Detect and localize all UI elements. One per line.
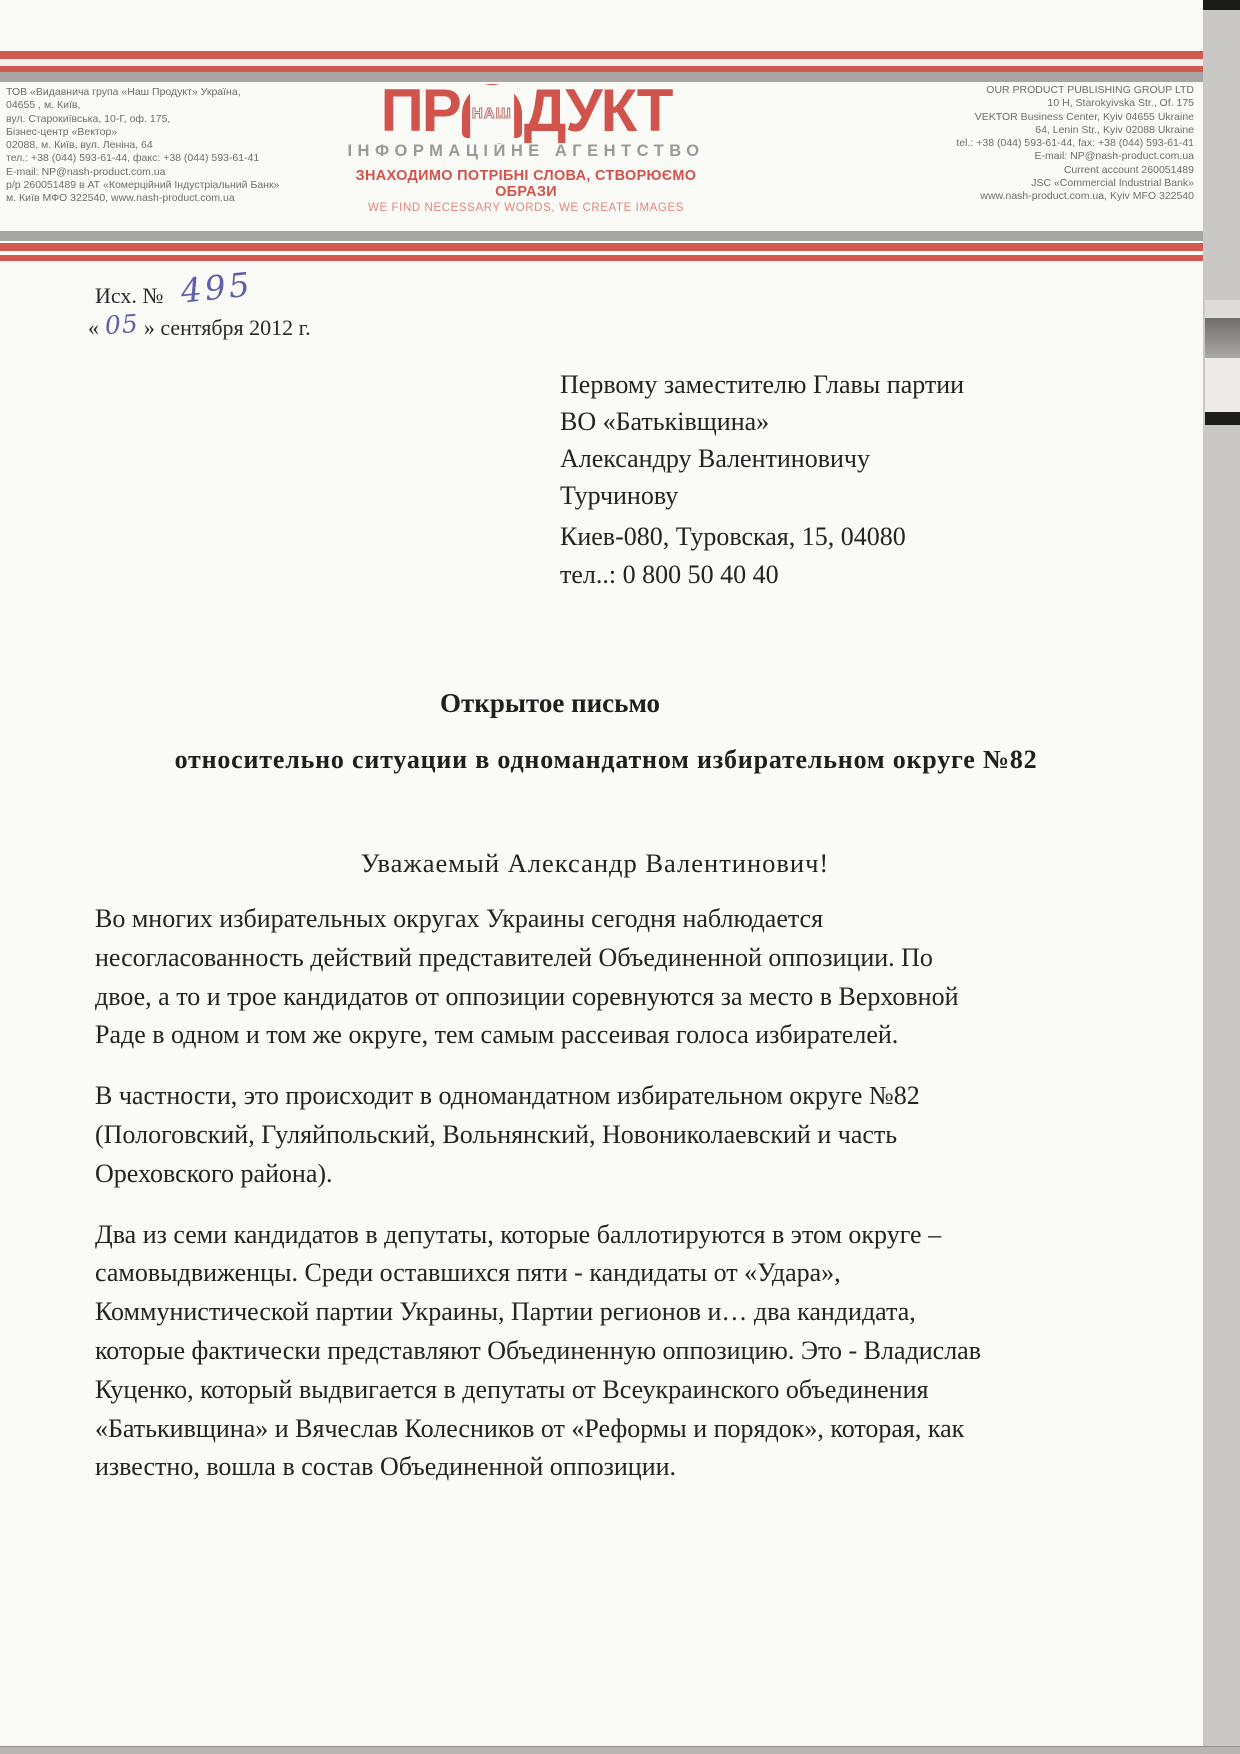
outgoing-number-line: Исх. № 495 xyxy=(95,272,253,311)
letterhead-right-line: 10 H, Starokyivska Str., Of. 175 xyxy=(894,97,1194,110)
paragraph-line: Ореховского района). xyxy=(95,1159,333,1188)
letterhead-left-line: вул. Старокиївська, 10-Г, оф. 175, xyxy=(6,113,306,126)
letterhead-right-column: OUR PRODUCT PUBLISHING GROUP LTD 10 H, S… xyxy=(894,84,1194,204)
scan-artifact-band-light xyxy=(1205,300,1240,318)
scan-artifact-top-notch xyxy=(1203,0,1240,10)
paragraph-line: которые фактически представляют Объедине… xyxy=(95,1336,981,1365)
logo-wordmark-suffix: ДУКТ xyxy=(524,82,672,140)
paragraph-line: несогласованность действий представителе… xyxy=(95,943,933,972)
logo-arch-label: НАШ xyxy=(470,85,514,143)
recipient-block: Первому заместителю Главы партии ВО «Бат… xyxy=(560,366,964,514)
outgoing-number-label: Исх. № xyxy=(95,283,163,308)
letterhead-right-line: E-mail: NP@nash-product.com.ua xyxy=(894,150,1194,163)
letter-salutation: Уважаемый Александр Валентинович! xyxy=(0,848,1190,879)
letterhead-stripe-gap xyxy=(0,59,1203,66)
paragraph-line: Раде в одном и том же округе, тем самым … xyxy=(95,1020,898,1049)
letter-body: Во многих избирательных округах Украины … xyxy=(95,900,1105,1509)
logo-arch-o-icon: НАШ xyxy=(462,84,522,138)
paragraph: В частности, это происходит в одномандат… xyxy=(95,1077,1105,1193)
recipient-line: ВО «Батьківщина» xyxy=(560,403,964,440)
letterhead-left-line: 02088, м. Київ, вул. Леніна, 64 xyxy=(6,139,306,152)
letterhead-right-line: VEKTOR Business Center, Kyiv 04655 Ukrai… xyxy=(894,111,1194,124)
letterhead-right-line: Current account 260051489 xyxy=(894,164,1194,177)
recipient-line: Первому заместителю Главы партии xyxy=(560,366,964,403)
letterhead-left-column: ТОВ «Видавнича група «Наш Продукт» Украї… xyxy=(6,86,306,206)
paragraph: Два из семи кандидатов в депутаты, котор… xyxy=(95,1216,1105,1488)
paragraph-line: двое, а то и трое кандидатов от оппозици… xyxy=(95,982,959,1011)
paragraph-line: Во многих избирательных округах Украины … xyxy=(95,904,823,933)
letterhead-right-line: tel.: +38 (044) 593-61-44, fax: +38 (044… xyxy=(894,137,1194,150)
scan-artifact-band-white xyxy=(1205,358,1240,412)
outgoing-number-handwritten: 495 xyxy=(179,264,255,310)
logo-slogan-english: WE FIND NECESSARY WORDS, WE CREATE IMAGE… xyxy=(328,202,724,214)
date-rest: » сентября 2012 г. xyxy=(144,315,311,340)
letterhead-left-line: м. Київ МФО 322540, www.nash-product.com… xyxy=(6,192,306,205)
paragraph-line: В частности, это происходит в одномандат… xyxy=(95,1081,920,1110)
logo-wordmark-prefix: ПР xyxy=(381,82,460,140)
letterhead-stripe-red-top-1 xyxy=(0,51,1203,59)
letterhead-right-line: JSC «Commercial Industrial Bank» xyxy=(894,177,1194,190)
nash-product-logo: ПР НАШ ДУКТ ІНФОРМАЦІЙНЕ АГЕНТСТВО ЗНАХО… xyxy=(328,82,724,214)
logo-slogan-ukrainian: ЗНАХОДИМО ПОТРІБНІ СЛОВА, СТВОРЮЄМО ОБРА… xyxy=(328,168,724,200)
letter-subtitle: относительно ситуации в одномандатном из… xyxy=(0,745,1212,775)
date-day-handwritten: 05 xyxy=(103,309,139,340)
scanner-edge-strip xyxy=(1203,0,1240,1754)
scanned-letter-page: ТОВ «Видавнича група «Наш Продукт» Украї… xyxy=(0,0,1240,1754)
letterhead-left-line: р/р 260051489 в АТ «Комерційний Індустрі… xyxy=(6,179,306,192)
letterhead-left-line: E-mail: NP@nash-product.com.ua xyxy=(6,166,306,179)
paragraph-line: Куценко, который выдвигается в депутаты … xyxy=(95,1375,928,1404)
letterhead-left-line: Бізнес-центр «Вектор» xyxy=(6,126,306,139)
scan-artifact-band-dark xyxy=(1205,318,1240,358)
letterhead-right-line: OUR PRODUCT PUBLISHING GROUP LTD xyxy=(894,84,1194,97)
logo-wordmark: ПР НАШ ДУКТ xyxy=(328,82,724,140)
letter-title: Открытое письмо xyxy=(0,688,1100,719)
recipient-address-line: Киев-080, Туровская, 15, 04080 xyxy=(560,518,906,556)
recipient-line: Турчинову xyxy=(560,477,964,514)
letterhead-right-line: 64, Lenin Str., Kyiv 02088 Ukraine xyxy=(894,124,1194,137)
scan-artifact-bottom-edge xyxy=(0,1746,1240,1754)
letterhead-stripe-red-bottom-2 xyxy=(0,255,1203,261)
paragraph-line: известно, вошла в состав Объединенной оп… xyxy=(95,1452,676,1481)
letterhead-left-line: 04655 , м. Київ, xyxy=(6,99,306,112)
paragraph-line: Коммунистической партии Украины, Партии … xyxy=(95,1297,916,1326)
recipient-line: Александру Валентиновичу xyxy=(560,440,964,477)
recipient-address-block: Киев-080, Туровская, 15, 04080 тел..: 0 … xyxy=(560,518,906,594)
letterhead-right-line: www.nash-product.com.ua, Kyiv MFO 322540 xyxy=(894,190,1194,203)
logo-subtitle: ІНФОРМАЦІЙНЕ АГЕНТСТВО xyxy=(328,142,724,161)
paragraph: Во многих избирательных округах Украины … xyxy=(95,900,1105,1055)
paragraph-line: Два из семи кандидатов в депутаты, котор… xyxy=(95,1220,941,1249)
date-line: « 05 » сентября 2012 г. xyxy=(88,312,311,341)
letterhead-stripe-red-bottom-1 xyxy=(0,243,1203,251)
paragraph-line: самовыдвиженцы. Среди оставшихся пяти - … xyxy=(95,1258,841,1287)
date-open-quote: « xyxy=(88,315,99,340)
scan-artifact-band-black xyxy=(1205,412,1240,425)
letterhead-left-line: тел.: +38 (044) 593-61-44, факс: +38 (04… xyxy=(6,152,306,165)
letterhead-stripe-gray-bottom xyxy=(0,231,1203,241)
letterhead-left-line: ТОВ «Видавнича група «Наш Продукт» Украї… xyxy=(6,86,306,99)
paragraph-line: «Батькивщина» и Вячеслав Колесников от «… xyxy=(95,1414,964,1443)
paragraph-line: (Пологовский, Гуляйпольский, Вольнянский… xyxy=(95,1120,897,1149)
recipient-phone-line: тел..: 0 800 50 40 40 xyxy=(560,556,906,594)
